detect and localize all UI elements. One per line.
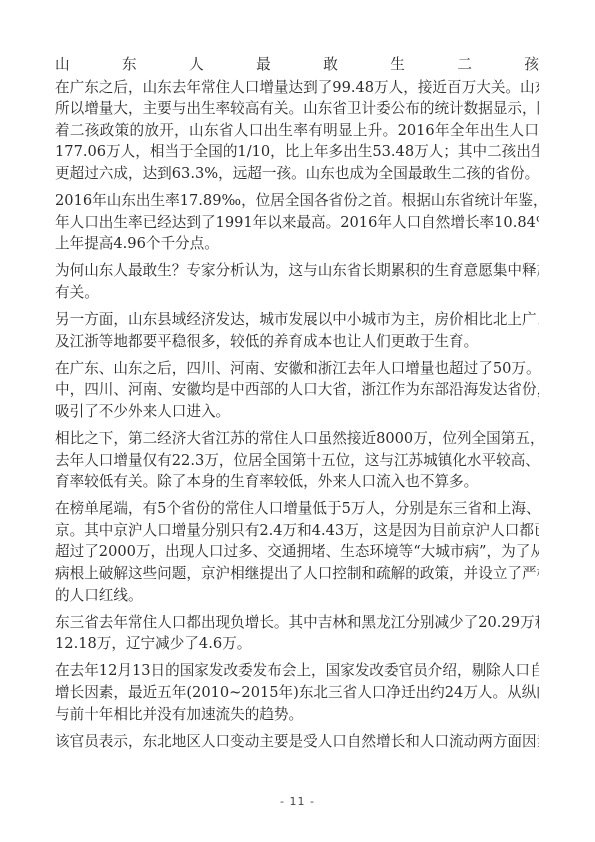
text-line: 为何山东人最敢生？专家分析认为，这与山东省长期累积的生育意愿集中释放	[55, 260, 539, 282]
text-line: 中，四川、河南、安徽均是中西部的人口大省，浙江作为东部沿海发达省份，	[55, 379, 539, 401]
text-line: 吸引了不少外来人口进入。	[55, 401, 539, 423]
text-line: 有关。	[55, 282, 539, 304]
text-line: 东三省去年常住人口都出现负增长。其中吉林和黑龙江分别减少了20.29万和	[55, 612, 539, 634]
text-line: 177.06万人，相当于全国的1/10，比上年多出生53.48万人；其中二孩出生…	[55, 141, 539, 163]
text-line: 所以增量大，主要与出生率较高有关。山东省卫计委公布的统计数据显示，随	[55, 98, 539, 120]
document-page: 山东人最敢生二孩 在广东之后，山东去年常住人口增量达到了99.48万人，接近百万…	[55, 54, 539, 758]
text-line: 相比之下，第二经济大省江苏的常住人口虽然接近8000万，位列全国第五，但	[55, 428, 539, 450]
page-number: - 11 -	[0, 795, 595, 808]
text-line: 的人口红线。	[55, 585, 539, 607]
text-line: 与前十年相比并没有加速流失的趋势。	[55, 704, 539, 726]
text-line: 超过了2000万，出现人口过多、交通拥堵、生态环境等“大城市病”，为了从	[55, 541, 539, 563]
article-body: 在广东之后，山东去年常住人口增量达到了99.48万人，接近百万大关。山东之所以增…	[55, 77, 539, 753]
article-title: 山东人最敢生二孩	[55, 54, 539, 76]
text-line: 病根上破解这些问题，京沪相继提出了人口控制和疏解的政策，并设立了严格	[55, 563, 539, 585]
paragraph: 在广东、山东之后，四川、河南、安徽和浙江去年人口增量也超过了50万。其中，四川、…	[55, 358, 539, 423]
text-line: 上年提高4.96个千分点。	[55, 233, 539, 255]
paragraph: 另一方面，山东县域经济发达，城市发展以中小城市为主，房价相比北上广以及江浙等地都…	[55, 309, 539, 352]
text-line: 更超过六成，达到63.3%，远超一孩。山东也成为全国最敢生二孩的省份。	[55, 163, 539, 185]
text-line: 2016年山东出生率17.89‰，位居全国各省份之首。根据山东省统计年鉴，201…	[55, 190, 539, 212]
text-line: 及江浙等地都要平稳很多，较低的养育成本也让人们更敢于生育。	[55, 331, 539, 353]
paragraph: 相比之下，第二经济大省江苏的常住人口虽然接近8000万，位列全国第五，但去年人口…	[55, 428, 539, 493]
text-line: 年人口出生率已经达到了1991年以来最高。2016年人口自然增长率10.84‰，…	[55, 212, 539, 234]
paragraph: 在去年12月13日的国家发改委发布会上，国家发改委官员介绍，剔除人口自然增长因素…	[55, 660, 539, 725]
paragraph: 为何山东人最敢生？专家分析认为，这与山东省长期累积的生育意愿集中释放有关。	[55, 260, 539, 303]
text-line: 在榜单尾端，有5个省份的常住人口增量低于5万人，分别是东三省和上海、北	[55, 498, 539, 520]
text-line: 增长因素，最近五年(2010~2015年)东北三省人口净迁出约24万人。从纵向看…	[55, 682, 539, 704]
text-line: 该官员表示，东北地区人口变动主要是受人口自然增长和人口流动两方面因素	[55, 731, 539, 753]
text-line: 另一方面，山东县域经济发达，城市发展以中小城市为主，房价相比北上广以	[55, 309, 539, 331]
text-line: 在广东之后，山东去年常住人口增量达到了99.48万人，接近百万大关。山东之	[55, 77, 539, 99]
text-line: 育率较低有关。除了本身的生育率较低，外来人口流入也不算多。	[55, 471, 539, 493]
paragraph: 该官员表示，东北地区人口变动主要是受人口自然增长和人口流动两方面因素	[55, 731, 539, 753]
paragraph: 在广东之后，山东去年常住人口增量达到了99.48万人，接近百万大关。山东之所以增…	[55, 77, 539, 185]
text-line: 去年人口增量仅有22.3万，位居全国第十五位，这与江苏城镇化水平较高、生	[55, 450, 539, 472]
paragraph: 在榜单尾端，有5个省份的常住人口增量低于5万人，分别是东三省和上海、北京。其中京…	[55, 498, 539, 606]
text-line: 着二孩政策的放开，山东省人口出生率有明显上升。2016年全年出生人口	[55, 120, 539, 142]
text-line: 12.18万，辽宁减少了4.6万。	[55, 633, 539, 655]
text-line: 在广东、山东之后，四川、河南、安徽和浙江去年人口增量也超过了50万。其	[55, 358, 539, 380]
paragraph: 2016年山东出生率17.89‰，位居全国各省份之首。根据山东省统计年鉴，201…	[55, 190, 539, 255]
paragraph: 东三省去年常住人口都出现负增长。其中吉林和黑龙江分别减少了20.29万和12.1…	[55, 612, 539, 655]
text-line: 在去年12月13日的国家发改委发布会上，国家发改委官员介绍，剔除人口自然	[55, 660, 539, 682]
text-line: 京。其中京沪人口增量分别只有2.4万和4.43万，这是因为目前京沪人口都已经	[55, 520, 539, 542]
